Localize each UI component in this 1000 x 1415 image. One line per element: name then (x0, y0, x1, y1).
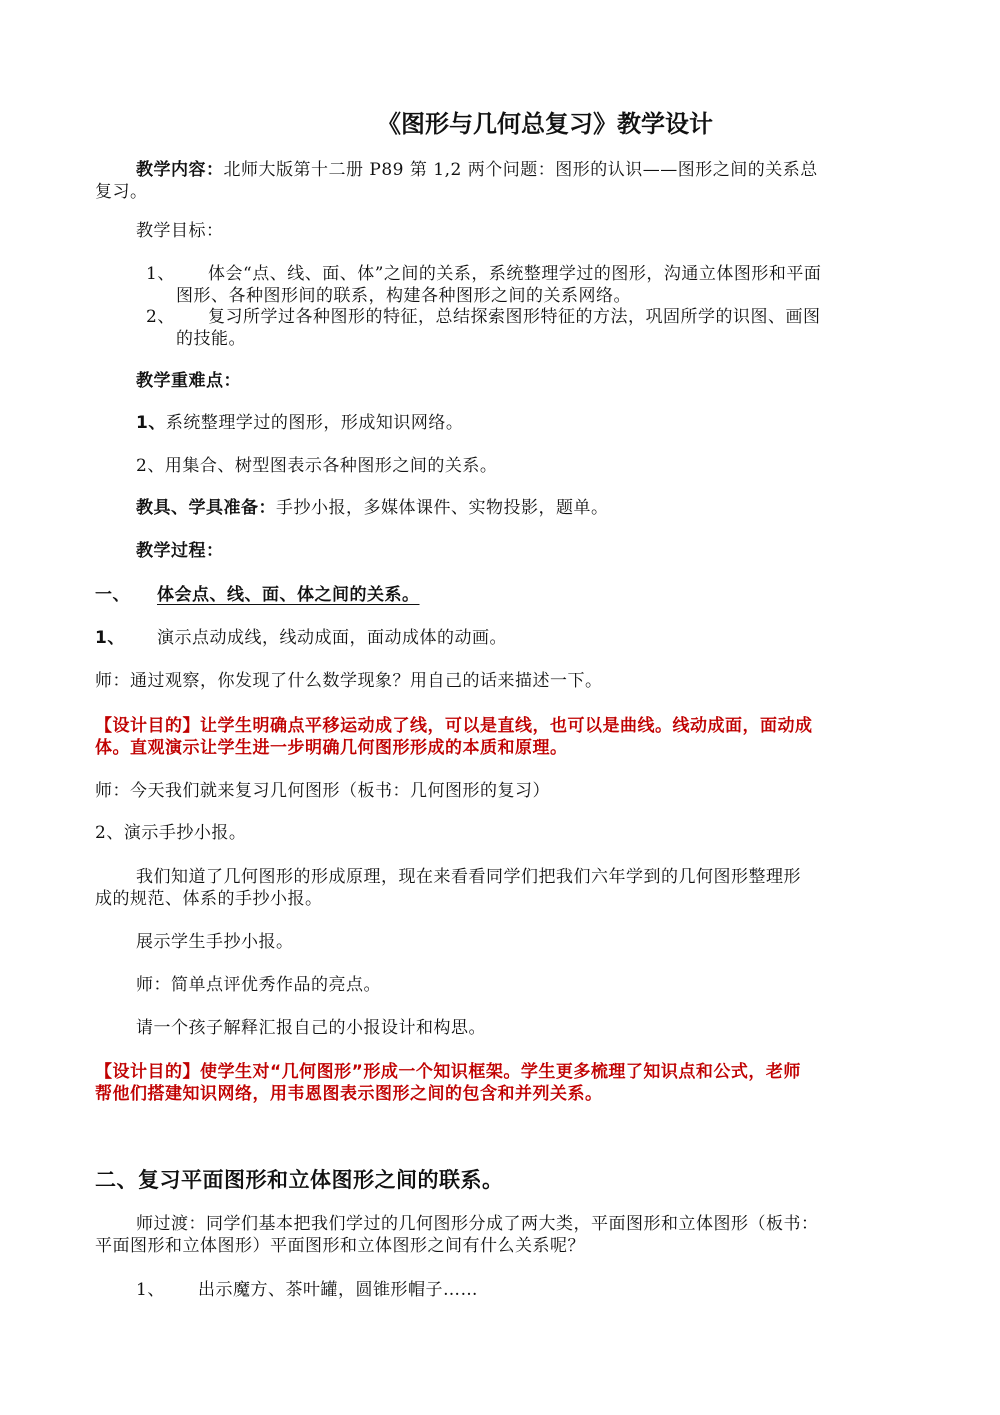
content-line-2: 复习。 (95, 180, 148, 204)
process-heading: 教学过程： (136, 539, 224, 563)
objectives-heading: 教学目标： (136, 219, 224, 243)
section-1-heading: 一、体会点、线、面、体之间的关系。 (95, 583, 420, 607)
paragraph-line-1: 我们知道了几何图形的形成原理，现在来看看同学们把我们六年学到的几何图形整理形 (136, 865, 801, 889)
content-label: 教学内容： (136, 160, 224, 180)
materials-line: 教具、学具准备：手抄小报，多媒体课件、实物投影，题单。 (136, 496, 609, 520)
invite-student: 请一个孩子解释汇报自己的小报设计和构思。 (136, 1016, 486, 1040)
objective-2-line-2: 的技能。 (176, 327, 246, 351)
content-text: 北师大版第十二册 P89 第 1,2 两个问题：图形的认识——图形之间的关系总 (224, 160, 818, 180)
key-point-1: 1、系统整理学过的图形，形成知识网络。 (136, 411, 463, 435)
materials-text: 手抄小报，多媒体课件、实物投影，题单。 (276, 498, 609, 518)
section-2-heading: 二、复习平面图形和立体图形之间的联系。 (95, 1168, 504, 1192)
section-1-step-1: 1、演示点动成线，线动成面，面动成体的动画。 (95, 626, 507, 650)
design-purpose-1-line-1: 【设计目的】让学生明确点平移运动成了线，可以是直线，也可以是曲线。线动成面，面动… (95, 714, 813, 738)
objective-2-line-1: 2、复习所学过各种图形的特征，总结探索图形特征的方法，巩固所学的识图、画图 (146, 305, 821, 329)
show-newspapers: 展示学生手抄小报。 (136, 930, 294, 954)
teacher-comment: 师：简单点评优秀作品的亮点。 (136, 973, 381, 997)
design-purpose-2-line-1: 【设计目的】使学生对“几何图形”形成一个知识框架。学生更多梳理了知识点和公式，老… (95, 1060, 801, 1084)
section-1-title: 体会点、线、面、体之间的关系。 (157, 585, 420, 605)
teacher-question: 师：通过观察，你发现了什么数学现象？用自己的话来描述一下。 (95, 669, 603, 693)
paragraph-line-2: 成的规范、体系的手抄小报。 (95, 887, 323, 911)
teacher-review: 师：今天我们就来复习几何图形（板书：几何图形的复习） (95, 779, 550, 803)
objective-1-line-1: 1、体会“点、线、面、体”之间的关系，系统整理学过的图形，沟通立体图形和平面 (146, 262, 821, 286)
key-point-2: 2、用集合、树型图表示各种图形之间的关系。 (136, 454, 497, 478)
section-2-step-1: 1、出示魔方、茶叶罐，圆锥形帽子…… (136, 1278, 478, 1302)
section-1-step-2: 2、演示手抄小报。 (95, 821, 246, 845)
design-purpose-1-line-2: 体。直观演示让学生进一步明确几何图形形成的本质和原理。 (95, 736, 568, 760)
design-purpose-2-line-2: 帮他们搭建知识网络，用韦恩图表示图形之间的包含和并列关系。 (95, 1082, 603, 1106)
content-line-1: 教学内容：北师大版第十二册 P89 第 1,2 两个问题：图形的认识——图形之间… (136, 158, 818, 182)
transition-line-2: 平面图形和立体图形）平面图形和立体图形之间有什么关系呢？ (95, 1234, 585, 1258)
document-title: 《图形与几何总复习》教学设计 (0, 104, 1000, 139)
document-page: 《图形与几何总复习》教学设计 教学内容：北师大版第十二册 P89 第 1,2 两… (0, 0, 1000, 1415)
section-1-number: 一、 (95, 583, 157, 607)
objective-1-number: 1、 (146, 262, 208, 286)
transition-line-1: 师过渡：同学们基本把我们学过的几何图形分成了两大类，平面图形和立体图形（板书： (136, 1212, 819, 1236)
objective-2-number: 2、 (146, 305, 208, 329)
key-points-heading: 教学重难点： (136, 369, 241, 393)
materials-label: 教具、学具准备： (136, 498, 276, 518)
